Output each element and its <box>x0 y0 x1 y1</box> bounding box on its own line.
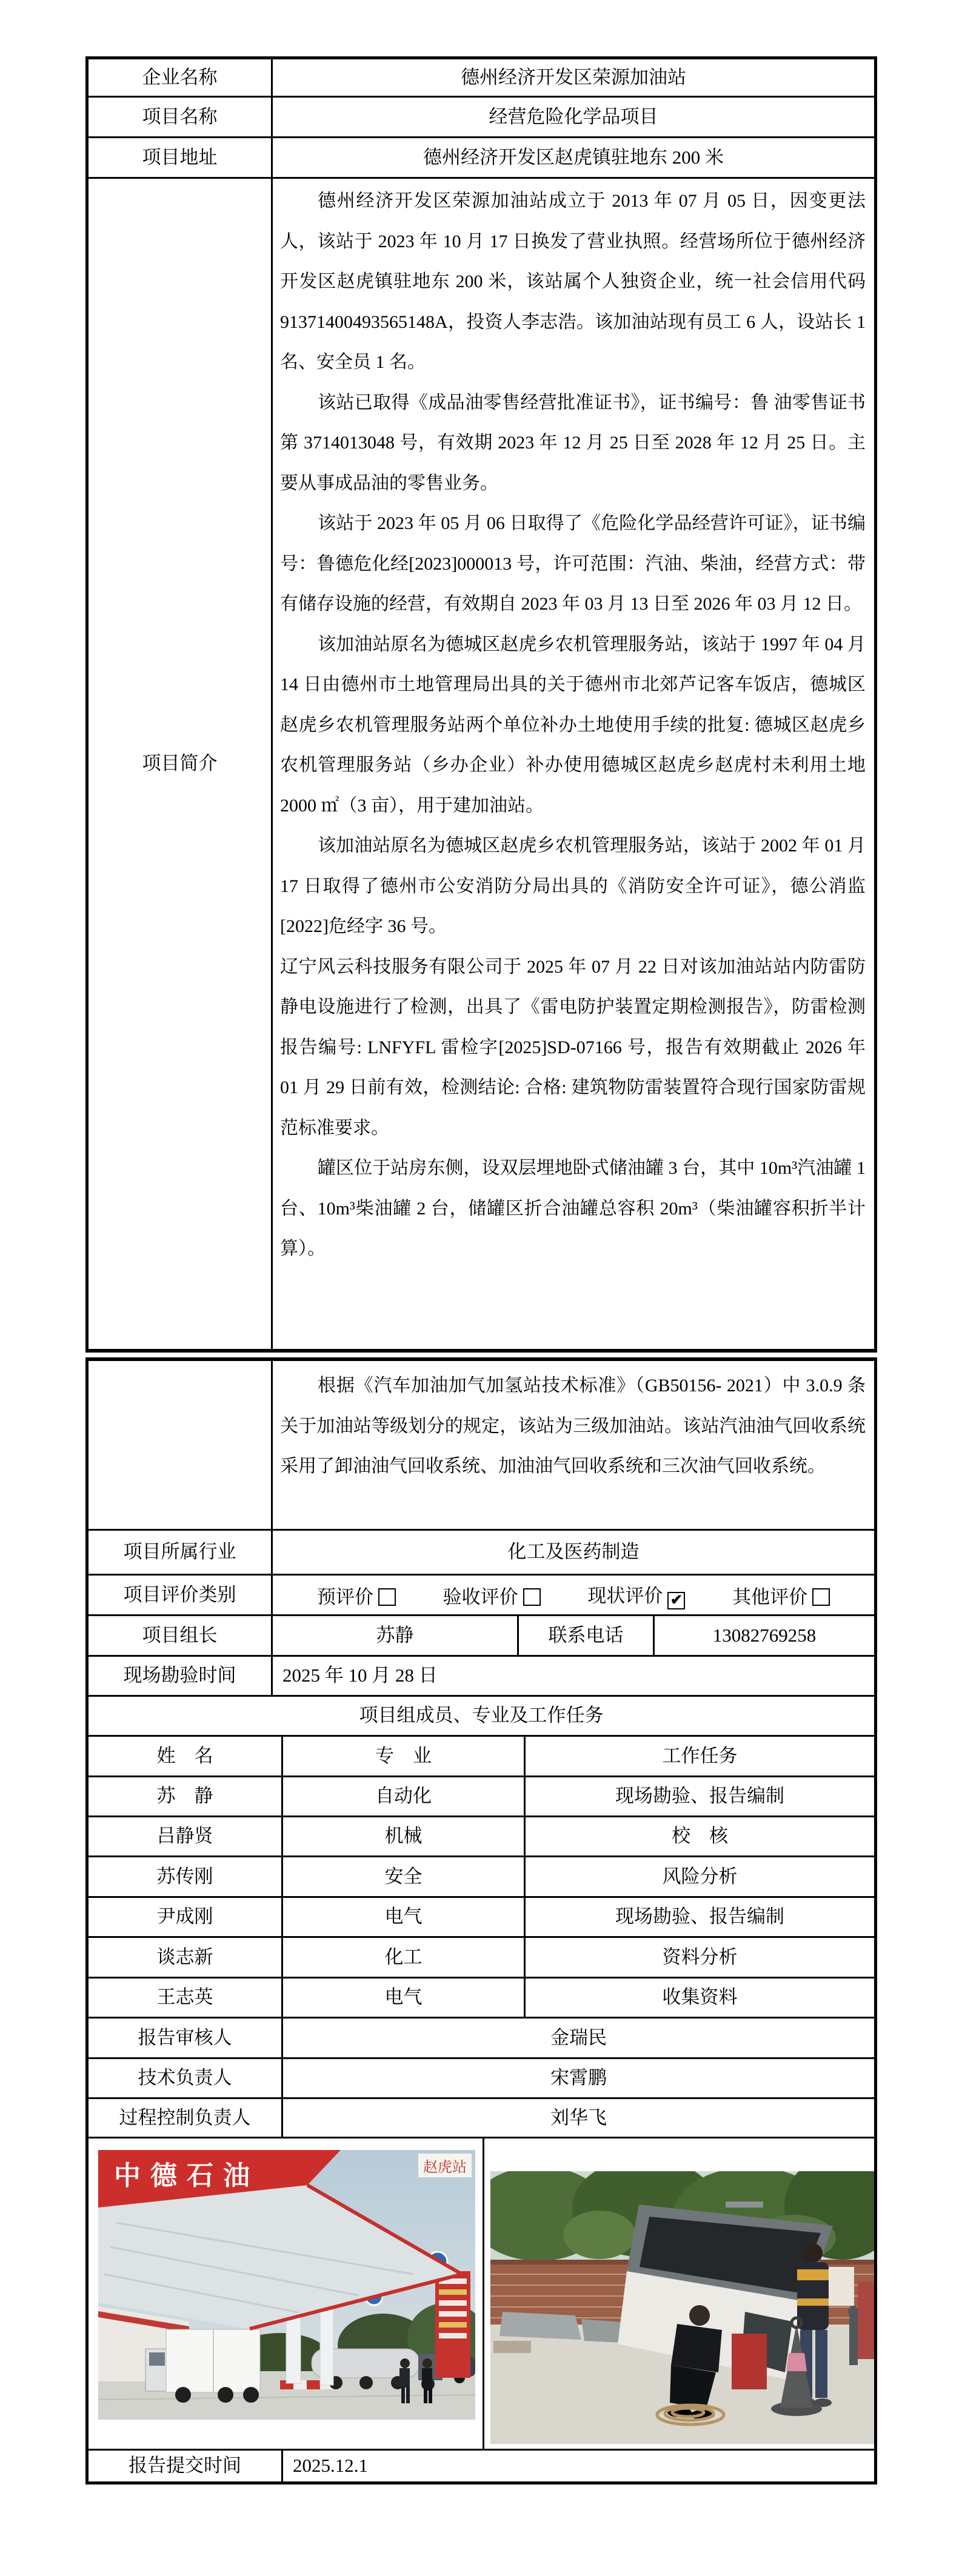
reviewer-label: 报告审核人 <box>89 2019 283 2057</box>
member-name: 王志英 <box>89 1979 283 2017</box>
canopy-sign-text: 中德石油 <box>114 2154 259 2192</box>
intro-paragraph: 该加油站原名为德城区赵虎乡农机管理服务站，该站于 1997 年 04 月 14 … <box>280 625 866 827</box>
submit-time-value: 2025.12.1 <box>283 2451 874 2481</box>
company-value: 德州经济开发区荣源加油站 <box>273 59 874 96</box>
eval-option-other: 其他评价 <box>732 1582 830 1609</box>
info-table-part2: 根据《汽车加油加气加氢站技术标准》（GB50156- 2021）中 3.0.9 … <box>85 1357 877 2484</box>
table-row: 吕静贤 机械 校 核 <box>89 1817 874 1857</box>
report-page: 企业名称 德州经济开发区荣源加油站 项目名称 经营危险化学品项目 项目地址 德州… <box>0 0 962 2576</box>
intro-paragraph: 该加油站原名为德城区赵虎乡农机管理服务站，该站于 2002 年 01 月 17 … <box>280 826 866 947</box>
survey-time-label: 现场勘验时间 <box>89 1657 273 1695</box>
project-address-value: 德州经济开发区赵虎镇驻地东 200 米 <box>273 138 874 177</box>
intro-paragraph: 罐区位于站房东侧，设双层埋地卧式储油罐 3 台，其中 10m³汽油罐 1 台、1… <box>280 1148 866 1270</box>
row-company: 企业名称 德州经济开发区荣源加油站 <box>89 59 874 98</box>
project-address-label: 项目地址 <box>89 138 273 177</box>
member-name: 谈志新 <box>89 1938 283 1977</box>
photo-inspection <box>490 2171 874 2444</box>
row-evaluation-type: 项目评价类别 预评价 验收评价 现状评价✔ 其他评价 <box>89 1576 874 1616</box>
row-project-name: 项目名称 经营危险化学品项目 <box>89 98 874 138</box>
inspection-scene <box>490 2171 874 2444</box>
checkbox-checked-icon: ✔ <box>667 1592 685 1609</box>
row-process-control: 过程控制负责人 刘华飞 <box>89 2099 874 2138</box>
intro-paragraph: 该站已取得《成品油零售经营批准证书》，证书编号：鲁 油零售证书第 3714013… <box>280 383 866 504</box>
evaluation-options: 预评价 验收评价 现状评价✔ 其他评价 <box>273 1576 874 1614</box>
leader-phone-label: 联系电话 <box>519 1616 655 1655</box>
leader-phone-value: 13082769258 <box>655 1616 874 1655</box>
intro-paragraph: 德州经济开发区荣源加油站成立于 2013 年 07 月 05 日，因变更法人，该… <box>280 181 866 383</box>
eval-option-current: 现状评价✔ <box>587 1580 685 1609</box>
process-control-label: 过程控制负责人 <box>89 2099 283 2137</box>
member-major: 自动化 <box>283 1777 526 1816</box>
member-task: 现场勘验、报告编制 <box>526 1898 874 1936</box>
row-project-address: 项目地址 德州经济开发区赵虎镇驻地东 200 米 <box>89 138 874 179</box>
technical-lead-value: 宋霄鹏 <box>283 2059 874 2097</box>
company-label: 企业名称 <box>89 59 273 96</box>
member-name: 尹成刚 <box>89 1898 283 1936</box>
checkbox-icon <box>378 1588 396 1606</box>
eval-option-label: 验收评价 <box>443 1586 518 1608</box>
intro-paragraph: 根据《汽车加油加气加氢站技术标准》（GB50156- 2021）中 3.0.9 … <box>280 1366 866 1487</box>
eval-option-pre: 预评价 <box>317 1582 396 1609</box>
photo-cell-right <box>484 2138 874 2449</box>
row-photos: 中德石油 赵虎站 <box>89 2138 874 2451</box>
leader-label: 项目组长 <box>89 1616 273 1655</box>
table-row: 谈志新 化工 资料分析 <box>89 1938 874 1979</box>
member-task: 风险分析 <box>526 1857 874 1896</box>
row-project-intro: 项目简介 德州经济开发区荣源加油站成立于 2013 年 07 月 05 日，因变… <box>89 179 874 1349</box>
team-header-task: 工作任务 <box>526 1737 874 1776</box>
table-row: 苏 静 自动化 现场勘验、报告编制 <box>89 1777 874 1817</box>
member-major: 机械 <box>283 1817 526 1855</box>
eval-option-acceptance: 验收评价 <box>443 1582 541 1609</box>
member-name: 吕静贤 <box>89 1817 283 1855</box>
member-task: 现场勘验、报告编制 <box>526 1777 874 1816</box>
intro-paragraph: 辽宁风云科技服务有限公司于 2025 年 07 月 22 日对该加油站站内防雷防… <box>280 947 866 1149</box>
row-survey-time: 现场勘验时间 2025 年 10 月 28 日 <box>89 1657 874 1697</box>
member-name: 苏传刚 <box>89 1857 283 1896</box>
member-task: 校 核 <box>526 1817 874 1855</box>
intro-continuation-text: 根据《汽车加油加气加氢站技术标准》（GB50156- 2021）中 3.0.9 … <box>273 1361 874 1529</box>
fire-extinguisher-box <box>732 2334 767 2389</box>
team-header-major: 专 业 <box>283 1737 526 1776</box>
technical-lead-label: 技术负责人 <box>89 2059 283 2097</box>
member-name: 苏 静 <box>89 1777 283 1816</box>
info-table-part1: 企业名称 德州经济开发区荣源加油站 项目名称 经营危险化学品项目 项目地址 德州… <box>85 56 877 1353</box>
bollard <box>848 2306 859 2365</box>
member-task: 资料分析 <box>526 1938 874 1977</box>
row-reviewer: 报告审核人 金瑞民 <box>89 2019 874 2059</box>
member-major: 安全 <box>283 1857 526 1896</box>
industry-label: 项目所属行业 <box>89 1531 273 1574</box>
member-major: 电气 <box>283 1979 526 2017</box>
table-row: 尹成刚 电气 现场勘验、报告编制 <box>89 1898 874 1938</box>
row-team-title: 项目组成员、专业及工作任务 <box>89 1697 874 1737</box>
intro-continuation-label-empty <box>89 1361 273 1529</box>
table-row: 王志英 电气 收集资料 <box>89 1979 874 2019</box>
project-name-label: 项目名称 <box>89 98 273 136</box>
member-task: 收集资料 <box>526 1979 874 2017</box>
row-leader: 项目组长 苏静 联系电话 13082769258 <box>89 1616 874 1657</box>
red-equipment <box>858 2281 874 2359</box>
team-section-title: 项目组成员、专业及工作任务 <box>89 1697 874 1735</box>
row-industry: 项目所属行业 化工及医药制造 <box>89 1531 874 1576</box>
leader-name: 苏静 <box>273 1616 519 1655</box>
station-name-sign: 赵虎站 <box>418 2154 472 2177</box>
industry-value: 化工及医药制造 <box>273 1531 874 1574</box>
process-control-value: 刘华飞 <box>283 2099 874 2137</box>
team-header-name: 姓 名 <box>89 1737 283 1776</box>
photo-cell-left: 中德石油 赵虎站 <box>89 2138 484 2449</box>
checkbox-icon <box>812 1588 830 1606</box>
intro-paragraph: 该站于 2023 年 05 月 06 日取得了《危险化学品经营许可证》，证书编号… <box>280 504 866 625</box>
project-intro-text: 德州经济开发区荣源加油站成立于 2013 年 07 月 05 日，因变更法人，该… <box>273 179 874 1349</box>
eval-option-label: 其他评价 <box>732 1586 807 1608</box>
project-name-value: 经营危险化学品项目 <box>273 98 874 136</box>
wall-poster <box>827 2267 854 2306</box>
evaluation-type-label: 项目评价类别 <box>89 1576 273 1614</box>
reviewer-value: 金瑞民 <box>283 2019 874 2057</box>
submit-time-label: 报告提交时间 <box>89 2451 283 2481</box>
eval-option-label: 预评价 <box>317 1586 373 1608</box>
photo-gas-station: 中德石油 赵虎站 <box>98 2150 475 2420</box>
row-technical-lead: 技术负责人 宋霄鹏 <box>89 2059 874 2099</box>
project-intro-label: 项目简介 <box>89 179 273 1349</box>
row-submit-time: 报告提交时间 2025.12.1 <box>89 2451 874 2481</box>
row-intro-continuation: 根据《汽车加油加气加氢站技术标准》（GB50156- 2021）中 3.0.9 … <box>89 1361 874 1531</box>
table-row: 苏传刚 安全 风险分析 <box>89 1857 874 1898</box>
survey-time-value: 2025 年 10 月 28 日 <box>273 1657 874 1695</box>
team-header-row: 姓 名 专 业 工作任务 <box>89 1737 874 1777</box>
member-major: 电气 <box>283 1898 526 1936</box>
eval-option-label: 现状评价 <box>587 1585 663 1606</box>
member-major: 化工 <box>283 1938 526 1977</box>
checkbox-icon <box>523 1588 541 1606</box>
